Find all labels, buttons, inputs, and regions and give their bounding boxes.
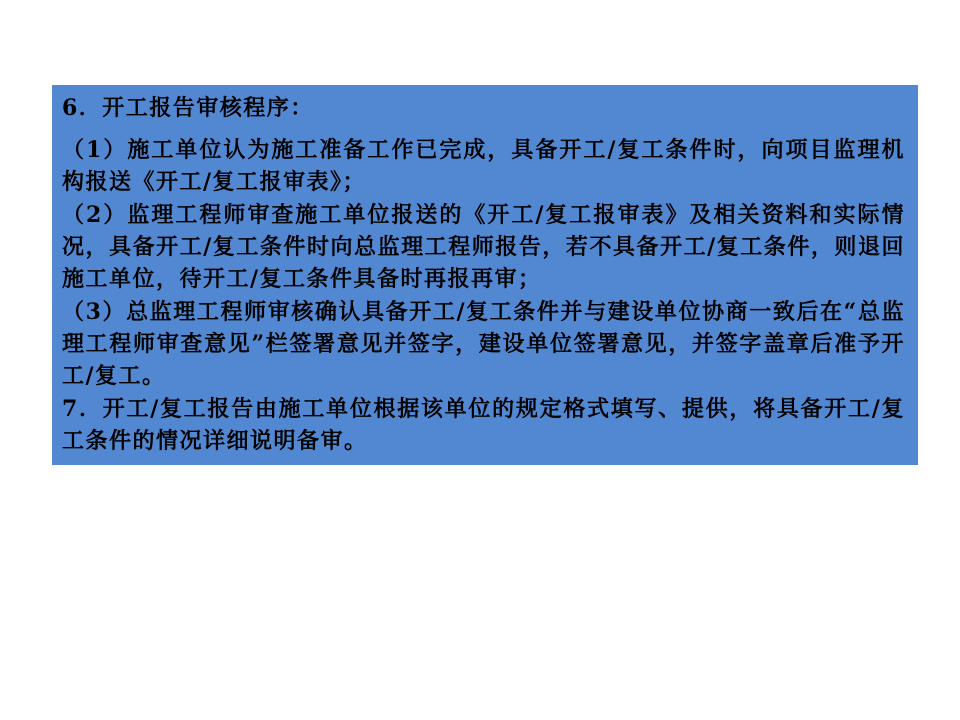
- item-3-paragraph: （3）总监理工程师审核确认具备开工/复工条件并与建设单位协商一致后在“总监理工程…: [62, 296, 905, 392]
- slide-canvas: 6．开工报告审核程序： （1）施工单位认为施工准备工作已完成，具备开工/复工条件…: [0, 0, 960, 720]
- content-panel: 6．开工报告审核程序： （1）施工单位认为施工准备工作已完成，具备开工/复工条件…: [52, 85, 918, 465]
- item-1-paragraph: （1）施工单位认为施工准备工作已完成，具备开工/复工条件时，向项目监理机构报送《…: [62, 134, 905, 198]
- item-2-paragraph: （2）监理工程师审查施工单位报送的《开工/复工报审表》及相关资料和实际情况，具备…: [62, 199, 905, 295]
- section-6-heading: 6．开工报告审核程序：: [62, 92, 905, 124]
- section-7-paragraph: 7．开工/复工报告由施工单位根据该单位的规定格式填写、提供，将具备开工/复工条件…: [62, 393, 905, 457]
